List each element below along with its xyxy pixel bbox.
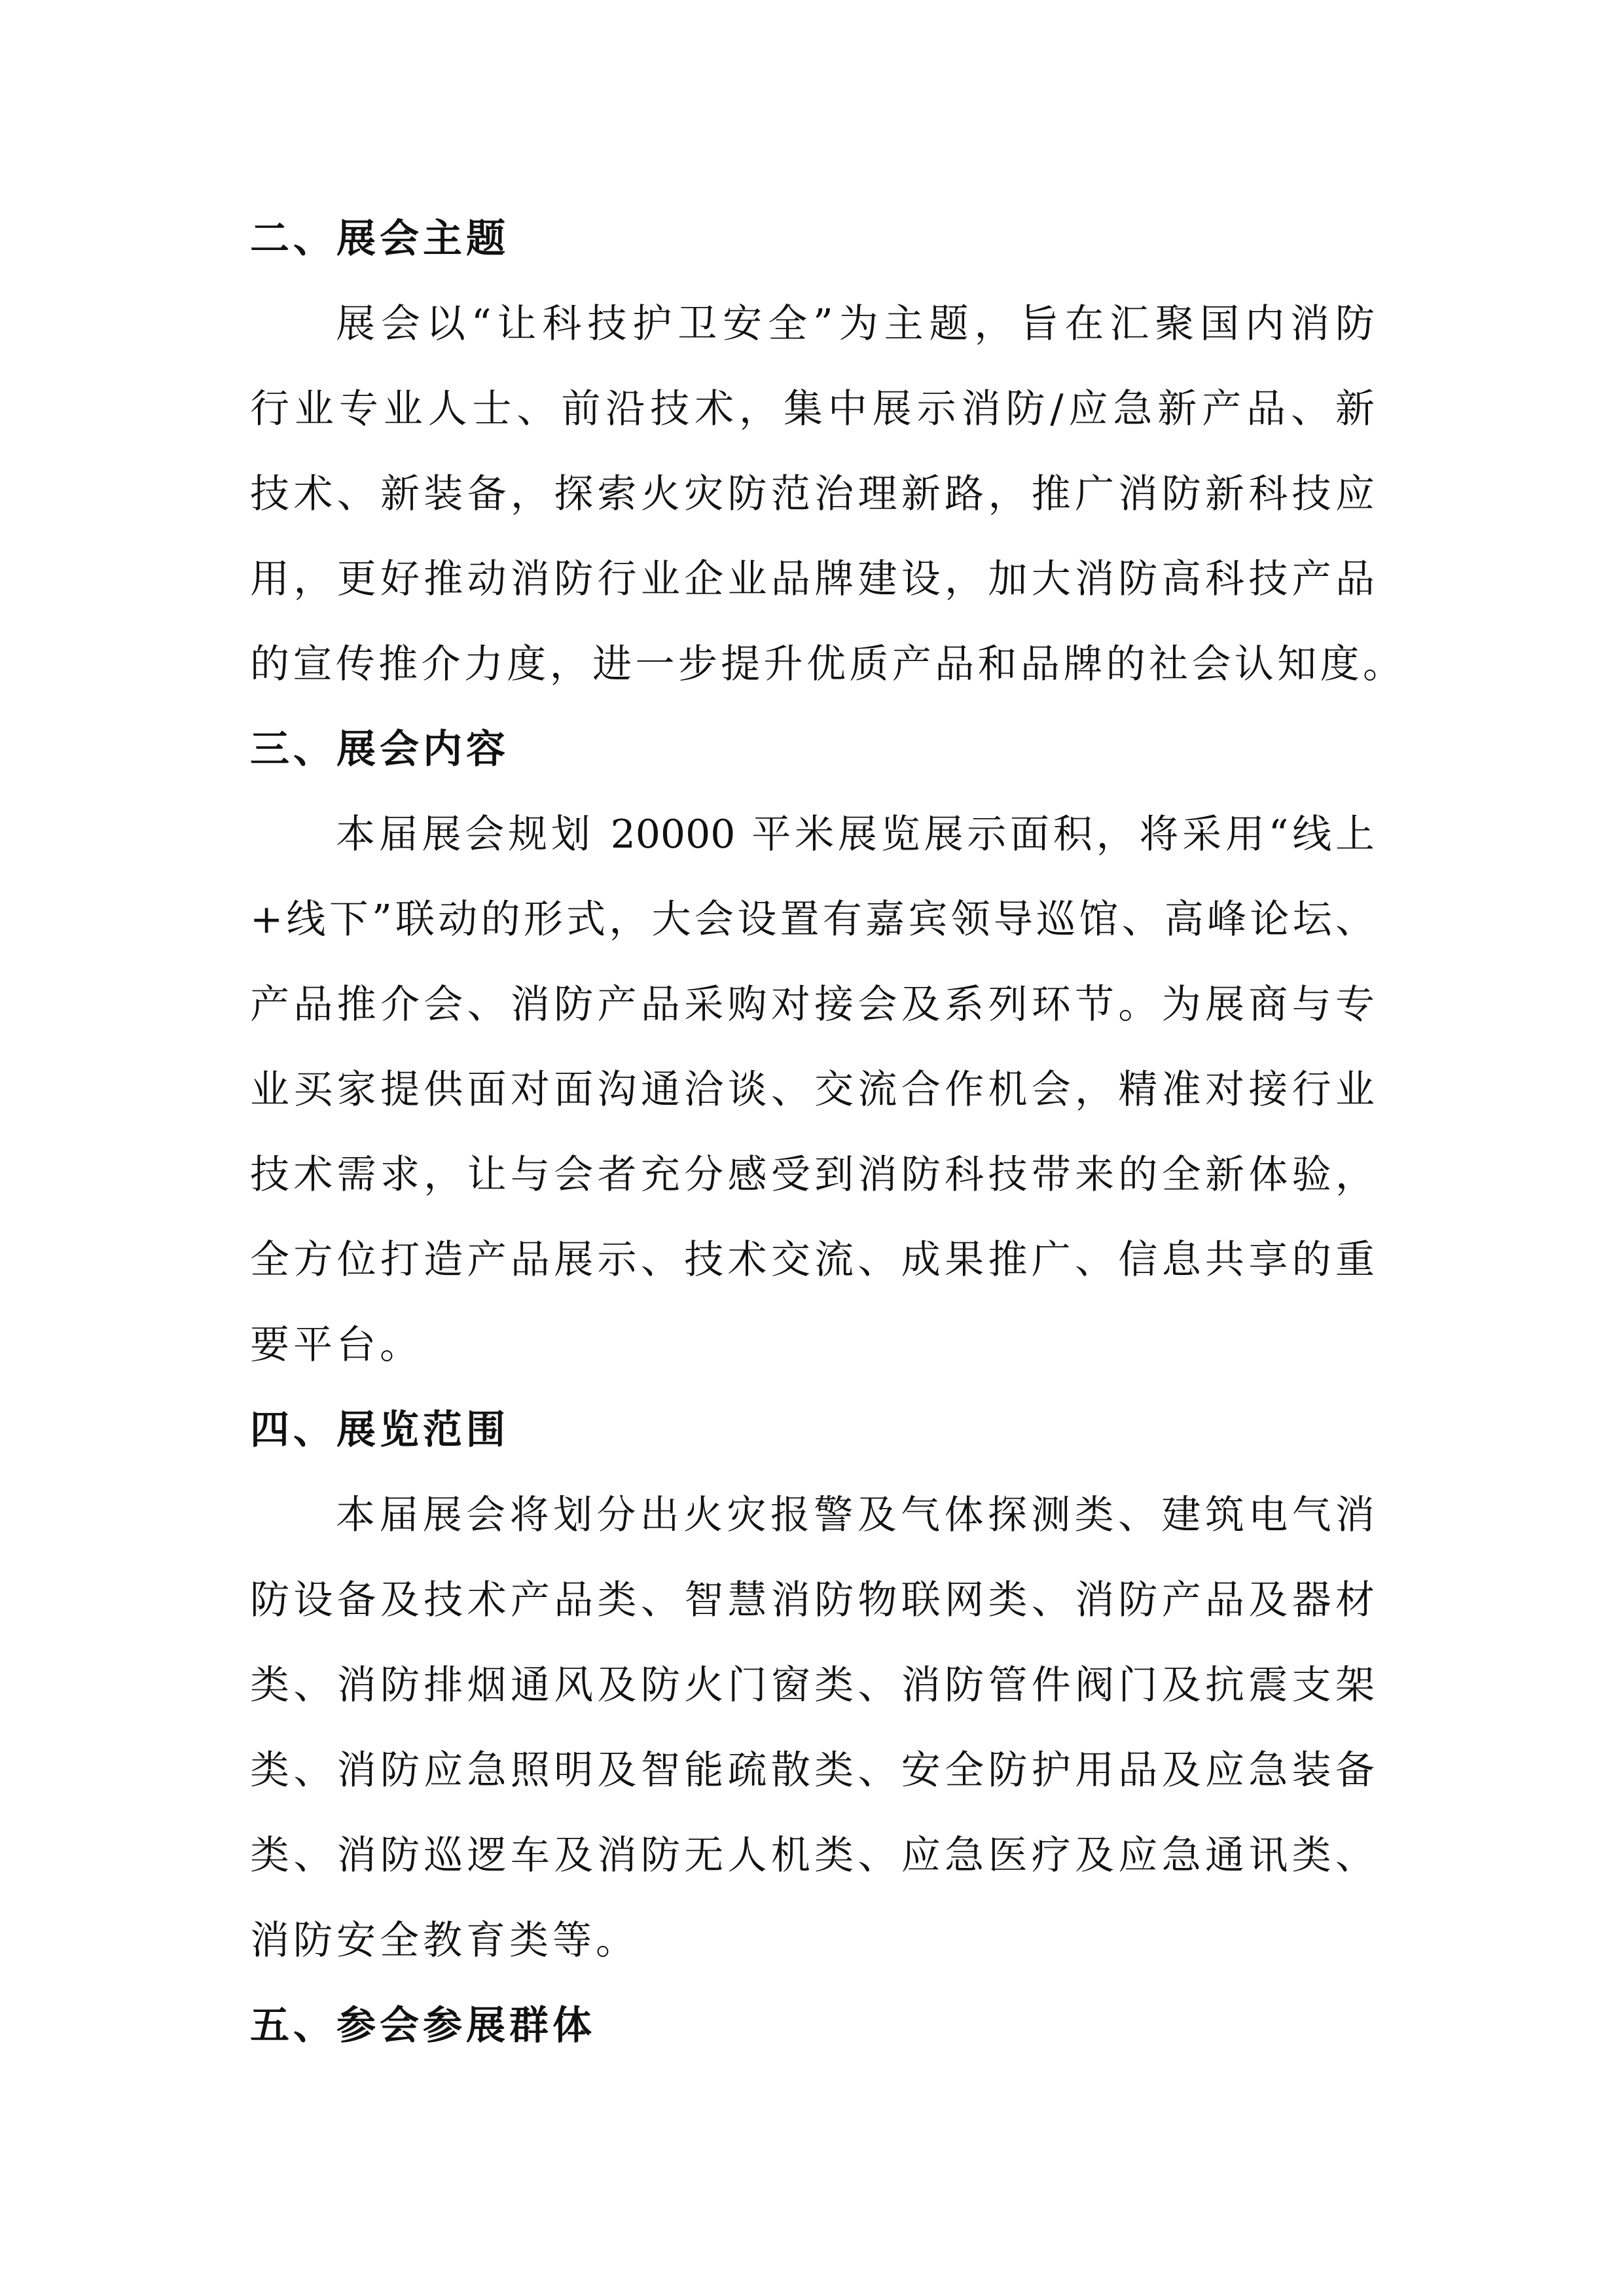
section-heading-2: 二、展会主题 [250,215,509,262]
section-heading-3: 三、展会内容 [250,726,509,773]
section-number: 二 [250,216,293,262]
section-separator: 、 [293,1407,336,1454]
paragraph-line: 业买家提供面对面沟通洽谈、交流合作机会，精准对接行业 [250,1066,1375,1113]
paragraph-line: 本届展会将划分出火灾报警及气体探测类、建筑电气消 [336,1492,1375,1539]
paragraph-line: 的宣传推介力度，进一步提升优质产品和品牌的社会认知度。 [250,641,1402,688]
paragraph-line: +线下”联动的形式，大会设置有嘉宾领导巡馆、高峰论坛、 [250,896,1375,943]
paragraph-line: 防设备及技术产品类、智慧消防物联网类、消防产品及器材 [250,1577,1375,1624]
section-title: 展会内容 [336,726,509,772]
paragraph-line: 类、消防巡逻车及消防无人机类、应急医疗及应急通讯类、 [250,1832,1375,1879]
section-number: 五 [250,2003,293,2049]
paragraph-line: 技术需求，让与会者充分感受到消防科技带来的全新体验， [250,1151,1375,1198]
paragraph-line: 用，更好推动消防行业企业品牌建设，加大消防高科技产品 [250,556,1375,603]
section-heading-4: 四、展览范围 [250,1407,509,1454]
paragraph-line: 产品推介会、消防产品采购对接会及系列环节。为展商与专 [250,981,1375,1028]
paragraph-line: 行业专业人士、前沿技术，集中展示消防/应急新产品、新 [250,386,1375,433]
section-separator: 、 [293,215,336,262]
paragraph-line: 要平台。 [250,1321,423,1369]
section-number: 三 [250,726,293,772]
section-title: 参会参展群体 [336,2003,596,2049]
section-separator: 、 [293,726,336,773]
paragraph-line: 全方位打造产品展示、技术交流、成果推广、信息共享的重 [250,1236,1375,1283]
paragraph-line: 本届展会规划 20000 平米展览展示面积，将采用“线上 [336,811,1375,858]
section-number: 四 [250,1407,293,1453]
section-title: 展会主题 [336,216,509,262]
paragraph-line: 展会以“让科技护卫安全”为主题，旨在汇聚国内消防 [336,300,1375,348]
paragraph-line: 技术、新装备，探索火灾防范治理新路，推广消防新科技应 [250,471,1375,518]
section-heading-5: 五、参会参展群体 [250,2002,596,2049]
paragraph-line: 类、消防应急照明及智能疏散类、安全防护用品及应急装备 [250,1747,1375,1794]
paragraph-line: 消防安全教育类等。 [250,1917,639,1964]
paragraph-line: 类、消防排烟通风及防火门窗类、消防管件阀门及抗震支架 [250,1662,1375,1709]
section-separator: 、 [293,2002,336,2049]
section-title: 展览范围 [336,1407,509,1453]
document-page: 二、展会主题 展会以“让科技护卫安全”为主题，旨在汇聚国内消防 行业专业人士、前… [0,0,1624,2296]
